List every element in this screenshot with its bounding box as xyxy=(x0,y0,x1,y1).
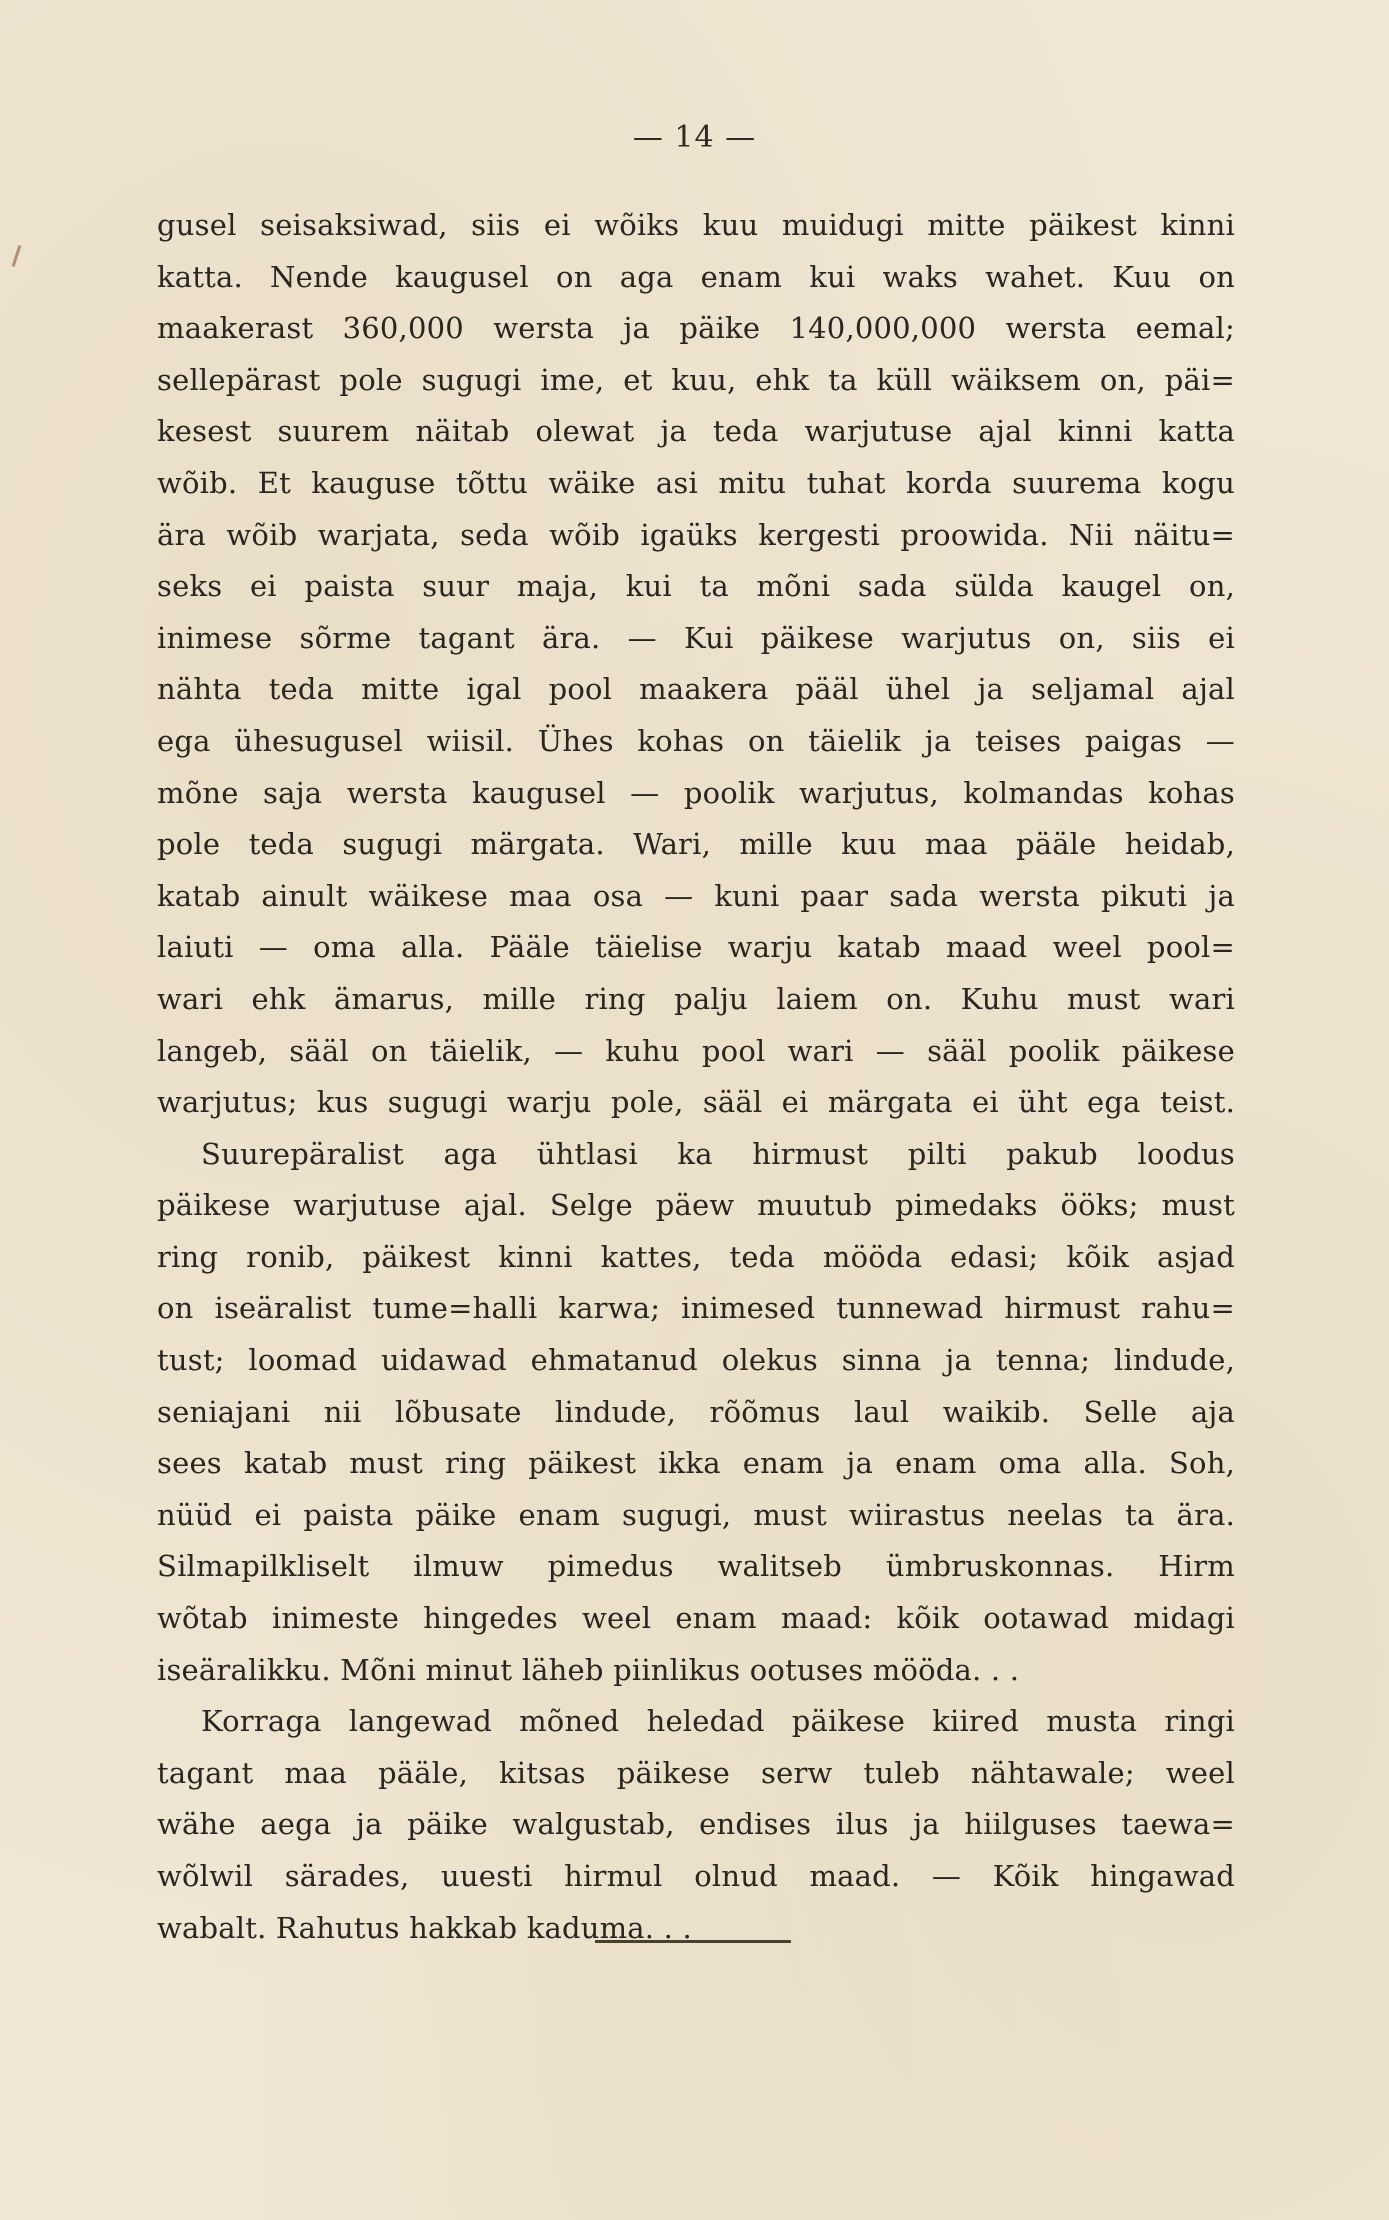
text-line: sees katab must ring päikest ikka enam j… xyxy=(157,1438,1235,1490)
text-line: wabalt. Rahutus hakkab kaduma. . . xyxy=(157,1903,1235,1955)
page-number: — 14 — xyxy=(0,118,1389,158)
book-page: — 14 — gusel seisaksiwad, siis ei wõiks … xyxy=(0,0,1389,2220)
text-line: ära wõib warjata, seda wõib igaüks kerge… xyxy=(157,510,1235,562)
body-text: gusel seisaksiwad, siis ei wõiks kuu mui… xyxy=(157,200,1235,1954)
text-line: katab ainult wäikese maa osa — kuni paar… xyxy=(157,871,1235,923)
text-line: nähta teda mitte igal pool maakera pääl … xyxy=(157,664,1235,716)
text-line: sellepärast pole sugugi ime, et kuu, ehk… xyxy=(157,355,1235,407)
text-line: ega ühesugusel wiisil. Ühes kohas on täi… xyxy=(157,716,1235,768)
text-line: warjutus; kus sugugi warju pole, sääl ei… xyxy=(157,1077,1235,1129)
text-line: nüüd ei paista päike enam sugugi, must w… xyxy=(157,1490,1235,1542)
text-line: iseäralikku. Mõni minut läheb piinlikus … xyxy=(157,1645,1235,1697)
text-line: seniajani nii lõbusate lindude, rõõmus l… xyxy=(157,1387,1235,1439)
text-line: mõne saja wersta kaugusel — poolik warju… xyxy=(157,768,1235,820)
text-line: Silmapilkliselt ilmuw pimedus walitseb ü… xyxy=(157,1541,1235,1593)
text-line: maakerast 360,000 wersta ja päike 140,00… xyxy=(157,303,1235,355)
text-line: wõtab inimeste hingedes weel enam maad: … xyxy=(157,1593,1235,1645)
text-line: seks ei paista suur maja, kui ta mõni sa… xyxy=(157,561,1235,613)
text-line: wari ehk ämarus, mille ring palju laiem … xyxy=(157,974,1235,1026)
text-line: inimese sõrme tagant ära. — Kui päikese … xyxy=(157,613,1235,665)
text-line: kesest suurem näitab olewat ja teda warj… xyxy=(157,406,1235,458)
text-line: ring ronib, päikest kinni kattes, teda m… xyxy=(157,1232,1235,1284)
text-line: katta. Nende kaugusel on aga enam kui wa… xyxy=(157,252,1235,304)
text-line: gusel seisaksiwad, siis ei wõiks kuu mui… xyxy=(157,200,1235,252)
text-line: wõib. Et kauguse tõttu wäike asi mitu tu… xyxy=(157,458,1235,510)
margin-pencil-mark xyxy=(12,245,22,267)
text-line: päikese warjutuse ajal. Selge päew muutu… xyxy=(157,1180,1235,1232)
text-line: wõlwil särades, uuesti hirmul olnud maad… xyxy=(157,1851,1235,1903)
text-line: on iseäralist tume=halli karwa; inimesed… xyxy=(157,1283,1235,1335)
text-line: pole teda sugugi märgata. Wari, mille ku… xyxy=(157,819,1235,871)
section-divider-rule xyxy=(595,1940,791,1943)
text-line: wähe aega ja päike walgustab, endises il… xyxy=(157,1799,1235,1851)
text-line: tust; loomad uidawad ehmatanud olekus si… xyxy=(157,1335,1235,1387)
text-line: Korraga langewad mõned heledad päikese k… xyxy=(157,1696,1235,1748)
text-line: Suurepäralist aga ühtlasi ka hirmust pil… xyxy=(157,1129,1235,1181)
text-line: tagant maa pääle, kitsas päikese serw tu… xyxy=(157,1748,1235,1800)
text-line: langeb, sääl on täielik, — kuhu pool war… xyxy=(157,1026,1235,1078)
paragraph-3: Korraga langewad mõned heledad päikese k… xyxy=(157,1696,1235,1954)
paragraph-2: Suurepäralist aga ühtlasi ka hirmust pil… xyxy=(157,1129,1235,1697)
paragraph-1: gusel seisaksiwad, siis ei wõiks kuu mui… xyxy=(157,200,1235,1129)
text-line: laiuti — oma alla. Pääle täielise warju … xyxy=(157,922,1235,974)
